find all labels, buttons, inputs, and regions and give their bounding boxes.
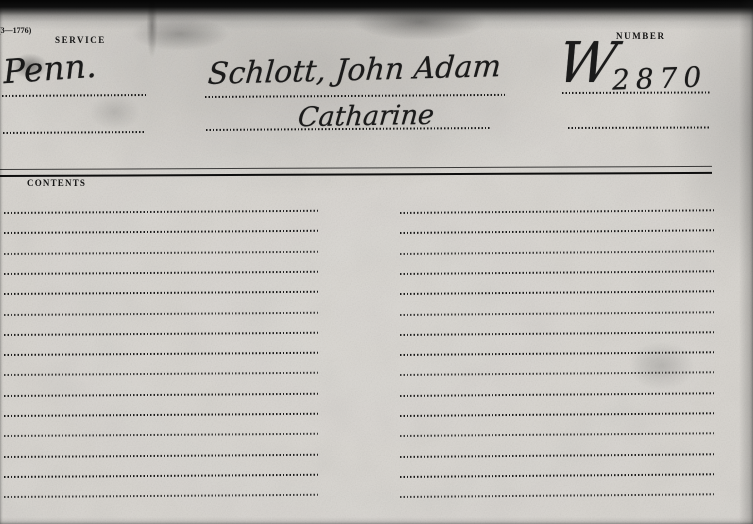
ruled-line-right [400, 230, 716, 234]
ruled-line-left [4, 332, 318, 336]
pension-index-card: (3—1776) SERVICE NUMBER CONTENTS Penn. S… [0, 0, 753, 524]
ruled-line-right [400, 331, 716, 335]
ruled-line-left [4, 372, 318, 376]
ruled-line-right [400, 250, 716, 254]
file-number-letter-handwritten: W [553, 36, 620, 92]
ruled-line-right [400, 209, 716, 213]
contents-ruled-row [0, 395, 753, 397]
ruled-line-right [400, 412, 716, 416]
contents-label: CONTENTS [27, 178, 86, 188]
ruled-line-left [4, 413, 318, 417]
ruled-line-right [400, 493, 716, 497]
veteran-name-underline [205, 94, 505, 98]
contents-ruled-row [0, 314, 753, 316]
ruled-line-left [4, 392, 318, 396]
ruled-line-left [4, 271, 318, 275]
contents-ruled-row [0, 334, 753, 336]
ruled-line-left [4, 230, 318, 234]
service-underline [2, 94, 146, 97]
contents-ruled-row [0, 496, 753, 498]
contents-ruled-row [0, 456, 753, 458]
contents-ruled-row [0, 232, 753, 234]
number-label: NUMBER [616, 31, 666, 41]
contents-ruled-row [0, 212, 753, 214]
ruled-line-right [400, 433, 716, 437]
contents-divider [0, 166, 712, 177]
scan-edge-top [0, 0, 753, 30]
number-second-line [568, 127, 710, 129]
ruled-line-left [4, 474, 318, 478]
contents-ruled-row [0, 476, 753, 478]
file-number-digits-handwritten: 2870 [611, 60, 707, 96]
ruled-line-left [4, 433, 318, 437]
contents-ruled-row [0, 354, 753, 356]
ruled-line-left [4, 210, 318, 214]
veteran-name-handwritten: Schlott, John Adam [207, 49, 503, 92]
contents-ruled-row [0, 435, 753, 437]
ruled-line-right [400, 290, 716, 294]
form-number: (3—1776) [0, 26, 31, 35]
ruled-line-left [4, 250, 318, 254]
widow-name-handwritten: Catharine [297, 100, 436, 133]
ruled-line-right [400, 270, 716, 274]
service-value-handwritten: Penn. [2, 46, 98, 91]
ruled-line-left [4, 291, 318, 295]
ruled-line-right [400, 392, 716, 396]
ruled-line-left [4, 352, 318, 356]
contents-ruled-row [0, 293, 753, 295]
ruled-line-right [400, 372, 716, 376]
ruled-line-left [4, 453, 318, 457]
ruled-line-right [400, 351, 716, 355]
contents-ruled-row [0, 415, 753, 417]
contents-ruled-row [0, 374, 753, 376]
contents-ruled-row [0, 253, 753, 255]
service-label: SERVICE [55, 35, 106, 45]
ruled-line-left [4, 311, 318, 315]
ruled-line-left [4, 494, 318, 498]
service-second-line [3, 131, 146, 134]
ruled-line-right [400, 311, 716, 315]
ruled-line-right [400, 453, 716, 457]
contents-ruled-row [0, 273, 753, 275]
ruled-line-right [400, 473, 716, 477]
